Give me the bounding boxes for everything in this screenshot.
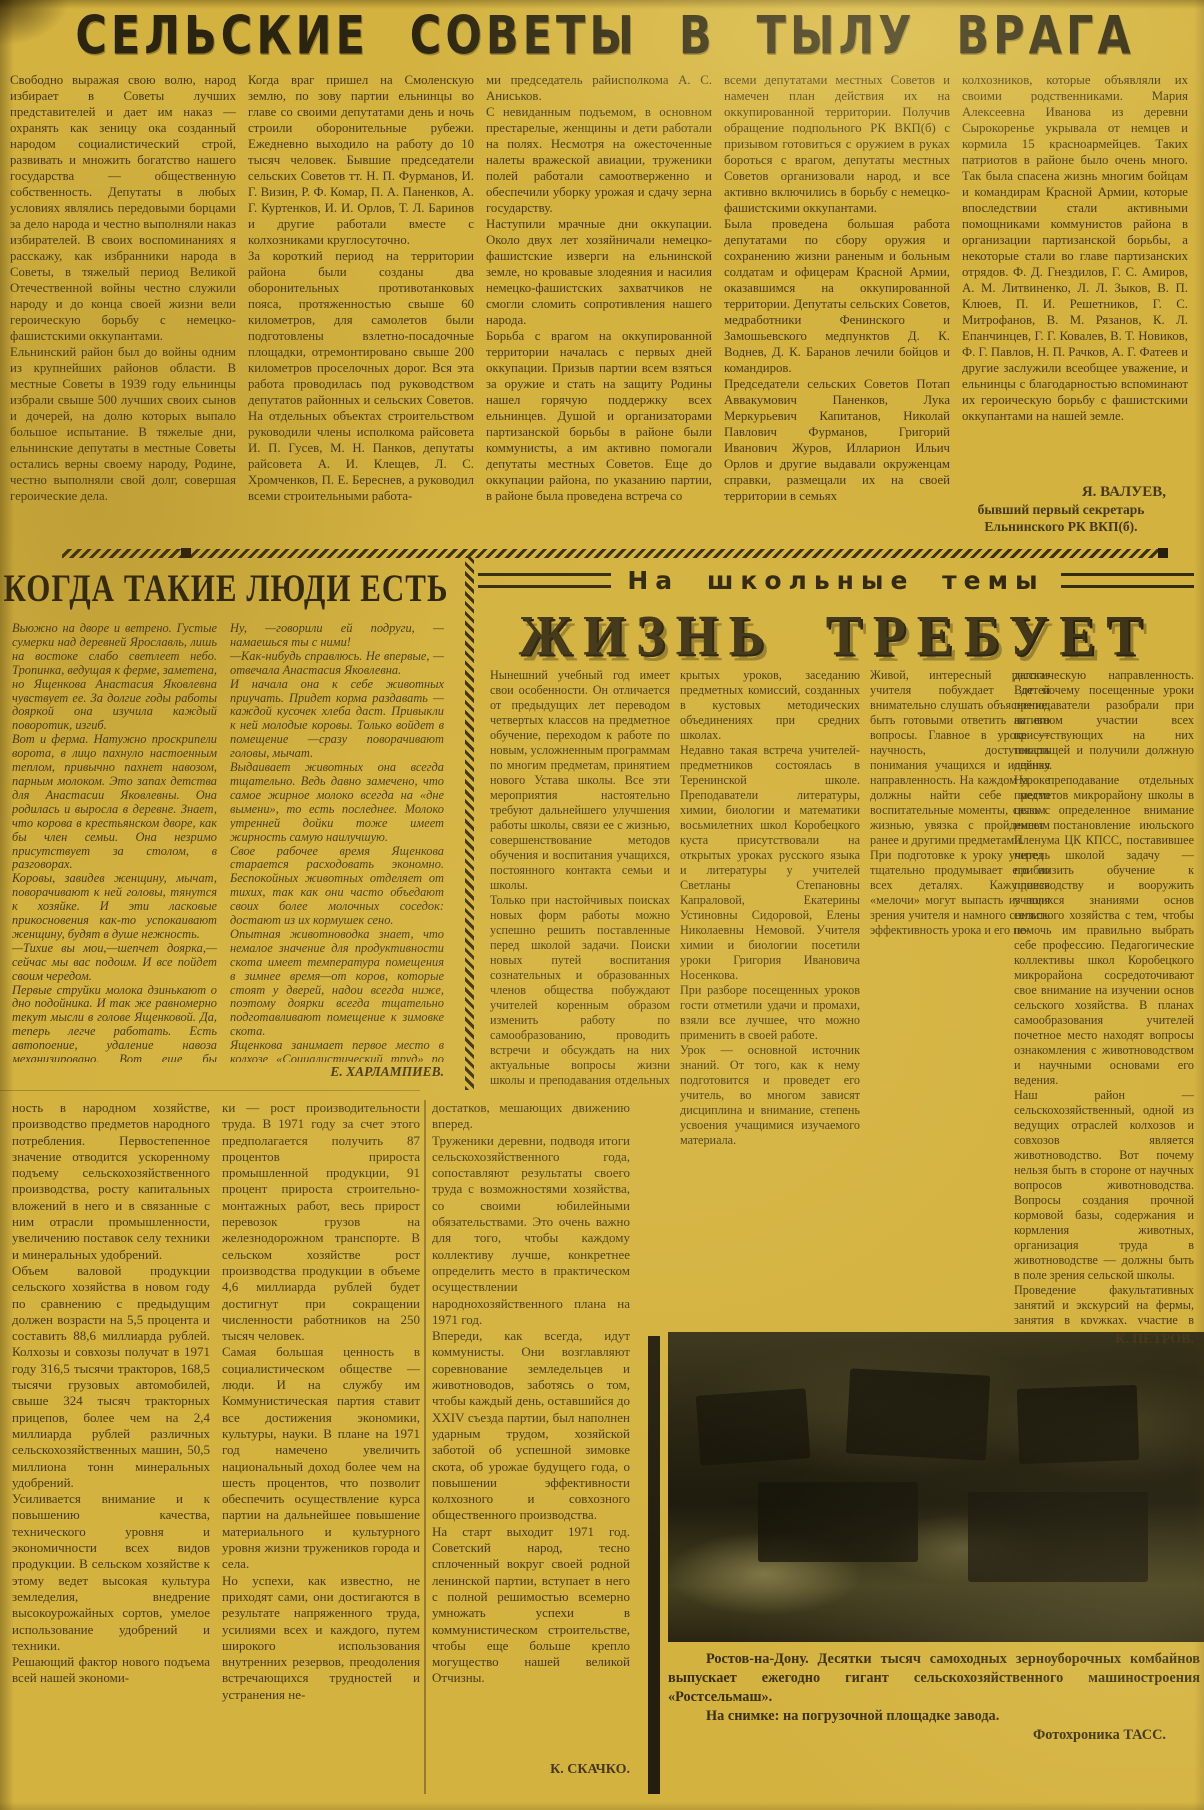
economy-article-signature: К. СКАЧКО. [432, 1762, 630, 1778]
war-article-column-3: ми председатель райисполкома А. С. Анись… [486, 72, 712, 546]
photo-machine-shape [696, 1388, 811, 1466]
kicker-rule-right [1061, 573, 1194, 588]
column-rule [424, 1100, 426, 1794]
war-article-column-4: всеми депутатами местных Советов и намеч… [724, 72, 950, 546]
photo-machine-shape [846, 1368, 990, 1460]
section-rule [0, 1090, 420, 1091]
school-kicker: На школьные темы [627, 566, 1044, 595]
economy-article-column-1: ность в народном хозяйстве, производство… [12, 1100, 210, 1796]
school-article-column-2: крытых уроков, заседанию предметных коми… [680, 668, 860, 1324]
economy-article-column-2: ки — рост производительности труда. В 19… [222, 1100, 420, 1796]
photo-machine-shape [968, 1492, 1148, 1582]
people-article-column-1: Вьюжно на дворе и ветрено. Густые сумерк… [12, 622, 217, 1062]
photo-caption: Ростов-на-Дону. Десятки тысяч самоходных… [668, 1650, 1200, 1745]
scan-corner-shadow [0, 0, 70, 46]
chain-divider-horizontal [62, 549, 1162, 558]
divider-square-icon [1158, 548, 1168, 558]
signature-title: бывший первый секретарь Ельнинского РК В… [930, 501, 1192, 535]
people-article-signature: Е. ХАРЛАМПИЕВ. [230, 1064, 444, 1080]
school-article-column-1: Нынешний учебный год имеет свои особенно… [490, 668, 670, 1088]
school-article-title: ЖИЗНЬ ТРЕБУЕТ [478, 603, 1194, 668]
war-article-column-2: Когда враг пришел на Смоленскую землю, п… [248, 72, 474, 546]
school-kicker-row: На школьные темы [478, 566, 1194, 595]
photo-machine-shape [758, 1482, 918, 1562]
photo-machine-shape [1017, 1385, 1140, 1464]
newspaper-page: СЕЛЬСКИЕ СОВЕТЫ В ТЫЛУ ВРАГА Свободно вы… [0, 0, 1204, 1810]
photo-caption-main: Ростов-на-Дону. Десятки тысяч самоходных… [668, 1650, 1200, 1707]
chain-divider-vertical [465, 556, 474, 1090]
photo-combines [668, 1332, 1204, 1642]
school-article-signature: К. ПЕТРОВ. [1014, 1332, 1194, 1348]
war-article-column-1: Свободно выражая свою волю, народ избира… [10, 72, 236, 546]
war-article-signature: Я. ВАЛУЕВ, бывший первый секретарь Ельни… [930, 484, 1192, 535]
people-article-title: КОГДА ТАКИЕ ЛЮДИ ЕСТЬ [0, 566, 452, 611]
people-article-column-2: Ну, —говорили ей подруги, — намаешься ты… [230, 622, 444, 1062]
main-headline: СЕЛЬСКИЕ СОВЕТЫ В ТЫЛУ ВРАГА [30, 6, 1180, 67]
divider-square-icon [181, 548, 191, 558]
signature-name: Я. ВАЛУЕВ, [930, 484, 1192, 501]
school-article-column-4: дагогическую направленность. Вот почему … [1014, 668, 1194, 1324]
photo-credit: Фотохроника ТАСС. [668, 1726, 1200, 1745]
photo-caption-line: На снимке: на погрузочной площадке завод… [668, 1707, 1200, 1726]
kicker-rule-left [478, 573, 611, 588]
war-article-column-5: колхозников, которые объявляли их своими… [962, 72, 1188, 476]
economy-article-column-3: достатков, мешающих движению вперед. Тру… [432, 1100, 630, 1796]
photo-separator-bar [648, 1336, 660, 1794]
